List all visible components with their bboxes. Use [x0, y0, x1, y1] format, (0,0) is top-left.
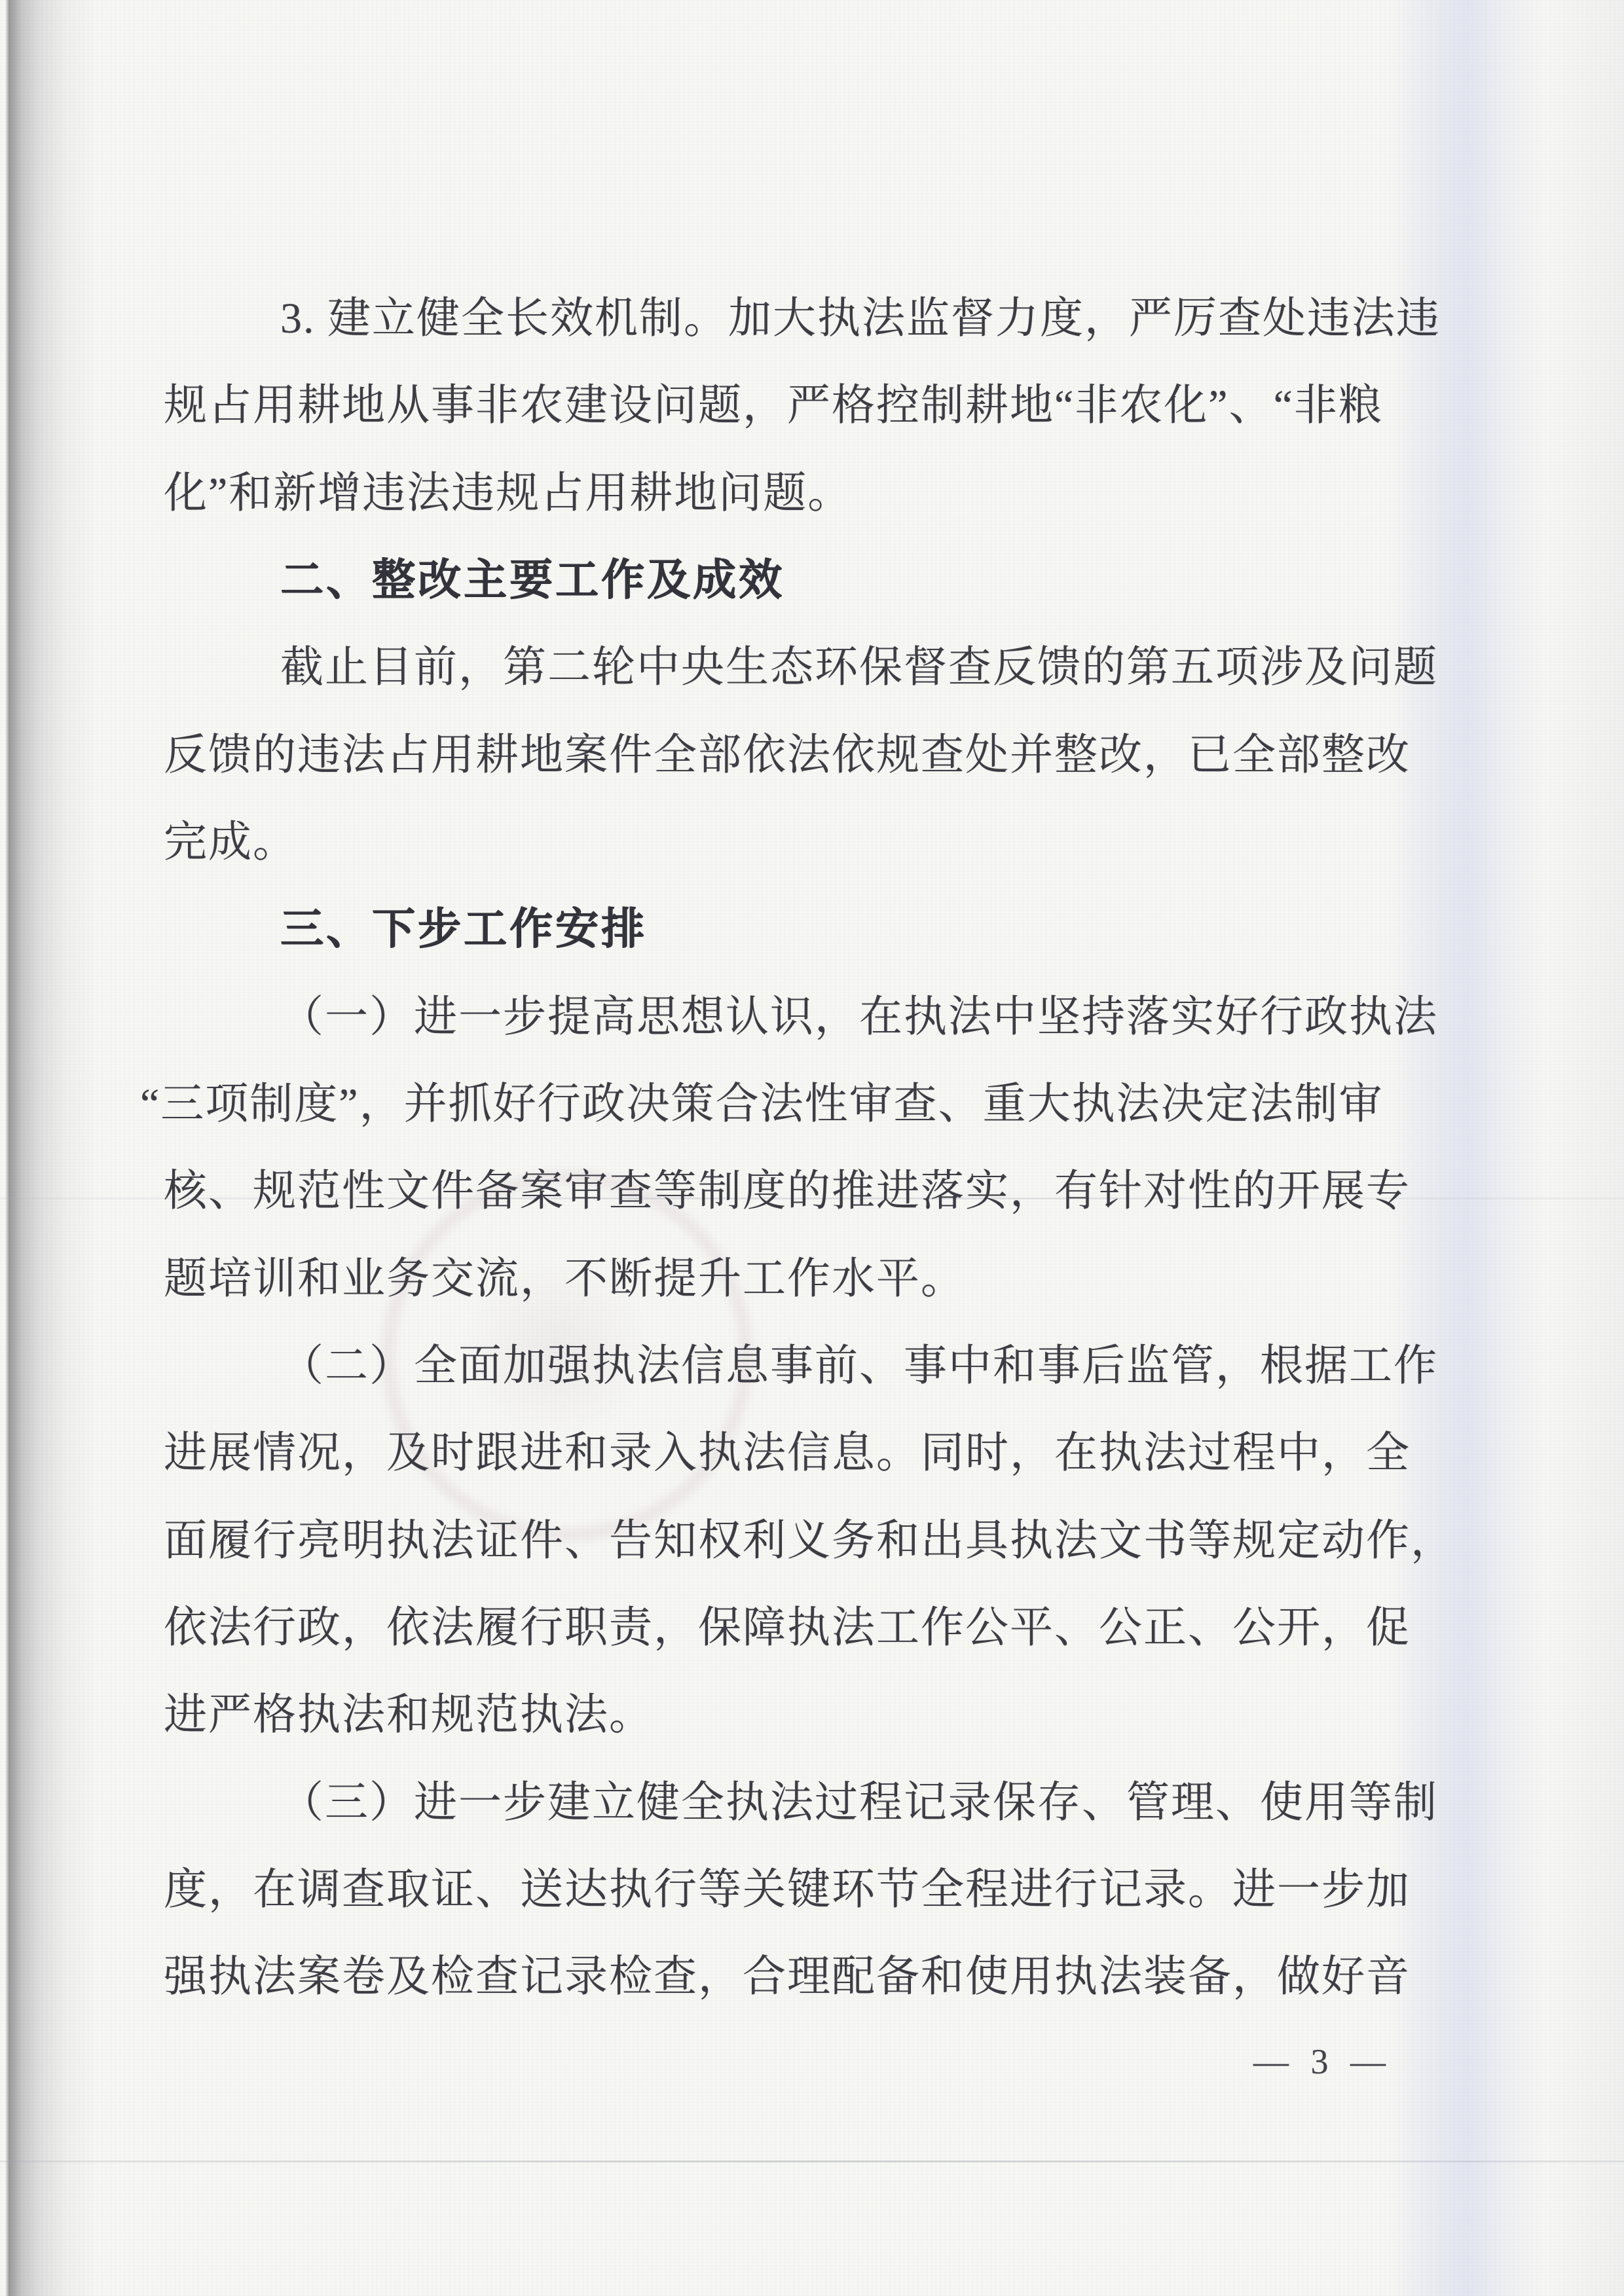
section-heading-3: 三、下步工作安排	[280, 902, 647, 957]
text-line: 面履行亮明执法证件、告知权利义务和出具执法文书等规定动作，	[164, 1514, 1455, 1569]
text-line: （二）全面加强执法信息事前、事中和事后监管，根据工作	[280, 1339, 1438, 1394]
text-line: 完成。	[164, 815, 297, 870]
text-line: 依法行政，依法履行职责，保障执法工作公平、公正、公开，促	[164, 1601, 1411, 1656]
scanned-document-page: 3. 建立健全长效机制。加大执法监督力度，严厉查处违法违 规占用耕地从事非农建设…	[0, 0, 1624, 2296]
scan-shadow-left	[0, 0, 98, 2296]
text-line: 题培训和业务交流，不断提升工作水平。	[164, 1252, 965, 1307]
section-heading-2: 二、整改主要工作及成效	[280, 553, 784, 608]
text-line: 进展情况，及时跟进和录入执法信息。同时，在执法过程中，全	[164, 1426, 1411, 1481]
text-line: 反馈的违法占用耕地案件全部依法依规查处并整改，已全部整改	[164, 728, 1411, 783]
text-line: 化”和新增违法违规占用耕地问题。	[164, 466, 852, 521]
text-line: （三）进一步建立健全执法过程记录保存、管理、使用等制	[280, 1776, 1438, 1831]
text-line: “三项制度”，并抓好行政决策合法性审查、重大执法决定法制审	[140, 1077, 1384, 1132]
text-line: 进严格执法和规范执法。	[164, 1688, 654, 1743]
text-line: 度，在调查取证、送达执行等关键环节全程进行记录。进一步加	[164, 1863, 1411, 1918]
text-line: （一）进一步提高思想认识，在执法中坚持落实好行政执法	[280, 990, 1438, 1045]
text-line: 规占用耕地从事非农建设问题，严格控制耕地“非农化”、“非粮	[164, 378, 1383, 433]
text-line: 强执法案卷及检查记录检查，合理配备和使用执法装备，做好音	[164, 1950, 1411, 2005]
scan-band-right-edge	[1545, 0, 1624, 2296]
text-line: 3. 建立健全长效机制。加大执法监督力度，严厉查处违法违	[280, 291, 1441, 346]
text-line: 核、规范性文件备案审查等制度的推进落实，有针对性的开展专	[164, 1164, 1411, 1219]
text-line: 截止目前，第二轮中央生态环保督查反馈的第五项涉及问题	[280, 640, 1438, 695]
page-number: — 3 —	[1225, 2041, 1421, 2082]
fold-line	[0, 2160, 1624, 2162]
